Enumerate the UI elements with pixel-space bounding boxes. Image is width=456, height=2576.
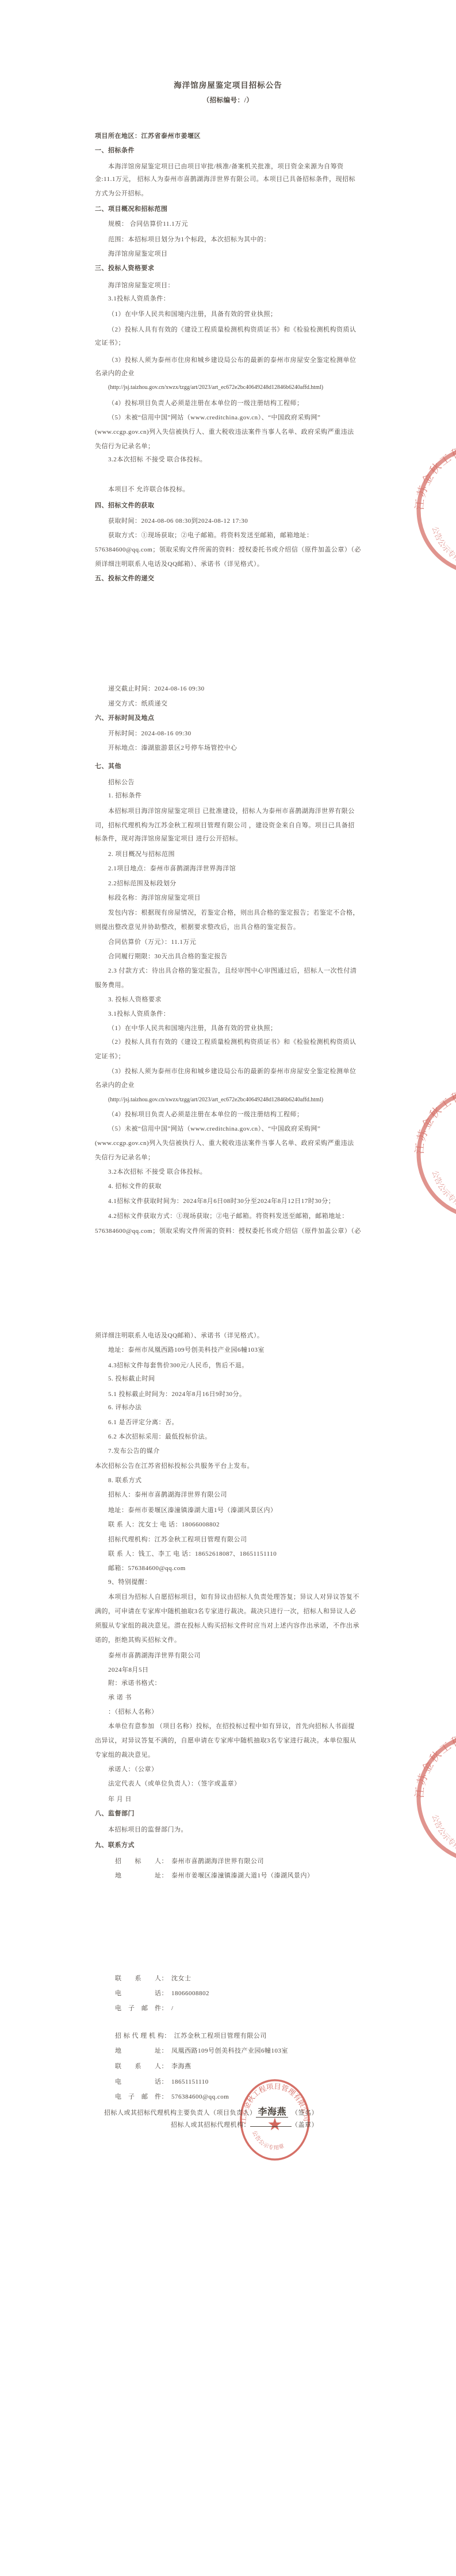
doc-line: 联 系 人： 沈女士 <box>115 1973 191 1984</box>
doc-line: 2. 项目概况与招标范围 <box>108 849 175 859</box>
doc-line: 地 址： 泰州市姜堰区溱潼镇溱湖大道1号（溱湖风景内） <box>115 1871 314 1881</box>
signature-line2-suffix: （盖章） <box>292 2122 318 2128</box>
doc-line: 8. 联系方式 <box>108 1475 142 1486</box>
doc-line: 标段名称：海洋馆房屋鉴定项目 <box>108 893 201 903</box>
doc-line: 附：承诺书格式： <box>108 1678 161 1688</box>
doc-line: 开标时间：2024-08-16 09:30 <box>108 728 191 739</box>
doc-line: （5）未被“信用中国”网站（www.creditchina.gov.cn）、“中… <box>108 412 320 423</box>
doc-line: 方式为公开招标。 <box>95 188 148 199</box>
doc-line: 地 址： 凤凰西路109号创美科技产业园6幢103室 <box>115 2046 288 2056</box>
doc-line: （4）投标项目负责人必须是注册在本单位的一级注册结构工程师； <box>108 1109 304 1120</box>
doc-line: 递交截止时间：2024-08-16 09:30 <box>108 684 205 694</box>
doc-line: 7.发布公告的媒介 <box>108 1446 160 1456</box>
doc-line: 项目所在地区：江苏省泰州市姜堰区 <box>95 131 201 141</box>
doc-line: 2.1项目地点：泰州市喜鹊湖海洋世界海洋馆 <box>108 863 236 874</box>
doc-line: 失信行为记录名单； <box>95 441 155 452</box>
doc-line: 二、项目概况和招标范围 <box>95 204 168 214</box>
doc-line: 九、联系方式 <box>95 1840 135 1850</box>
agency-edge-seal-icon: 江苏金秋工程项目管理有限公司 公告公示专用章 ★ <box>413 441 456 579</box>
doc-line: 递交方式：纸质递交 <box>108 699 168 709</box>
doc-line: 5.1 投标截止时间为：2024年8月16日9时30分。 <box>108 1389 246 1399</box>
doc-line: （4）投标项目负责人必须是注册在本单位的一级注册结构工程师； <box>108 398 304 408</box>
doc-line: 定证书》； <box>95 338 125 348</box>
doc-line: 2.3 付款方式：待出具合格的鉴定报告，且经审图中心审图通过后，招标人一次性付清 <box>108 966 357 976</box>
doc-line: 招 标 代 理 机 构： 江苏金秋工程项目管理有限公司 <box>115 2031 267 2041</box>
doc-line: 合同履行期限：30天出具合格的鉴定报告 <box>108 951 228 962</box>
doc-line: 电 话： 18066008802 <box>115 1988 209 1999</box>
doc-line: 七、其他 <box>95 761 121 772</box>
doc-line: 出异议，对异议答复不满的，自愿申请在专家库中随机抽取3名专家进行裁决。本单位服从 <box>95 1736 357 1746</box>
signature-line-agency-seal: 招标人或其招标代理机构：（盖章） <box>171 2120 318 2129</box>
agency-edge-seal-icon: 江苏金秋工程项目管理有限公司 公告公示专用章 ★ <box>413 1729 456 1867</box>
doc-line: 招标公告 <box>108 777 135 788</box>
doc-line: 获取方式：①现场获取；②电子邮箱。将资料发送至邮箱，邮箱地址： <box>108 530 313 541</box>
doc-line: 名录内的企业 <box>95 1080 135 1090</box>
svg-text:江苏金秋工程项目管理有限公司: 江苏金秋工程项目管理有限公司 <box>413 1730 456 1798</box>
doc-line: 6.2 本次招标采用：最低投标价法。 <box>108 1432 212 1442</box>
doc-line: 576384600@qq.com；领取采购文件所需的资料：授权委托书或介绍信（原… <box>95 545 361 555</box>
document-page-4: 联 系 人： 沈女士电 话： 18066008802电 子 邮 件： /招 标 … <box>0 1932 456 2576</box>
doc-line: 五、投标文件的递交 <box>95 573 155 584</box>
doc-line: 2024年8月5日 <box>108 1665 149 1675</box>
doc-line: 2.2招标范围及标段划分 <box>108 878 177 889</box>
agency-edge-seal-icon: 江苏金秋工程项目管理有限公司 公告公示专用章 ★ <box>413 1085 456 1223</box>
doc-line: 招 标 人： 泰州市喜鹊湖海洋世界有限公司 <box>115 1856 264 1867</box>
doc-line: 6.1 是否评定分离：否。 <box>108 1417 178 1428</box>
doc-line: 3.2本次招标 不接受 联合体投标。 <box>108 1167 206 1177</box>
doc-line: 联 系 人： 李海燕 <box>115 2061 191 2072</box>
doc-line: 电 子 邮 件： 576384600@qq.com <box>115 2092 229 2102</box>
doc-line: 法定代表人（或单位负责人）：（签字或盖章） <box>108 1779 241 1789</box>
doc-line: 本次招标公告在江苏省招标投标公共服务平台上发布。 <box>95 1461 254 1471</box>
doc-title: 海洋馆房屋鉴定项目招标公告 <box>0 80 456 91</box>
doc-line: 承 诺 书 <box>108 1692 132 1703</box>
doc-line: 本项目不 允许联合体投标。 <box>108 484 189 495</box>
doc-line: 八、监督部门 <box>95 1808 135 1819</box>
doc-line: 电 子 邮 件： / <box>115 2003 174 2014</box>
doc-line: 司，招标代理机构为江苏金秋工程项目管理有限公司 ，建设资金来自自筹。项目已具备招 <box>95 820 355 831</box>
doc-line: 范围：本招标项目划分为1个标段，本次招标为其中的： <box>108 234 270 245</box>
edge-seal-company-text: 江苏金秋工程项目管理有限公司 <box>413 1730 456 1798</box>
doc-line: （2）投标人具有有效的《建设工程质量检测机构资质证书》和《检验检测机构资质认 <box>108 325 357 335</box>
doc-line: (http://jsj.taizhou.gov.cn/xwzx/tzgg/art… <box>108 1095 323 1105</box>
doc-line: 获取时间：2024-08-06 08:30到2024-08-12 17:30 <box>108 516 248 526</box>
doc-line: 3.1投标人资质条件： <box>108 1009 170 1019</box>
doc-line: （5）未被“信用中国”网站（www.creditchina.gov.cn）、“中… <box>108 1124 320 1134</box>
document: 海洋馆房屋鉴定项目招标公告（招标编号：/）项目所在地区：江苏省泰州市姜堰区一、招… <box>0 0 456 2576</box>
page-2-lines: 递交截止时间：2024-08-16 09:30递交方式：纸质递交六、开标时间及地… <box>0 644 456 1288</box>
doc-line: 发包内容：根据现有房屋情况，若鉴定合格，则出具合格的鉴定报告；若鉴定不合格， <box>108 908 359 918</box>
doc-line: 本单位有意参加 （项目名称）投标，在招投标过程中如有异议，首先向招标人书面提 <box>108 1721 355 1732</box>
doc-line: 联 系 人：钱工、李工 电 话：18652618087、18651151110 <box>108 1549 277 1559</box>
doc-line: 本海洋馆房屋鉴定项目已由项目审批/核准/备案机关批准，项目资金来源为自筹资 <box>108 161 344 172</box>
edge-seal-star-icon: ★ <box>454 1120 456 1190</box>
document-page-3: 须详细注明联系人电话及QQ邮箱）、承诺书（详见格式）。地址：泰州市凤凰西路109… <box>0 1288 456 1932</box>
signature-line1-label: 招标人或其招标代理机构主要负责人（项目负责人） <box>104 2110 256 2116</box>
seal-underline <box>250 2120 292 2127</box>
doc-line: 一、招标条件 <box>95 145 135 156</box>
signature-name: 李海燕 <box>256 2107 288 2118</box>
doc-line: 本招标项目海洋馆房屋鉴定项目 已批准建设，招标人为泰州市喜鹊湖海洋世界有限公 <box>108 806 355 816</box>
doc-line: 招标人：泰州市喜鹊湖海洋世界有限公司 <box>108 1490 227 1500</box>
doc-line: 须服从专家组的裁决意见。潜在投标人购买招标文件时应当对上述内容作出承诺，不作出承 <box>95 1621 359 1631</box>
doc-subtitle: （招标编号：/） <box>0 95 456 106</box>
page-1-lines: 海洋馆房屋鉴定项目招标公告（招标编号：/）项目所在地区：江苏省泰州市姜堰区一、招… <box>0 0 456 644</box>
doc-line: 4.1招标文件获取时间为：2024年8月6日08时30分至2024年8月12日1… <box>108 1196 335 1206</box>
doc-line: 576384600@qq.com；领取采购文件所需的资料：授权委托书或介绍信（原… <box>95 1226 361 1236</box>
doc-line: 邮箱：576384600@qq.com <box>108 1563 186 1574</box>
doc-line: 本招标项目的监督部门为。 <box>108 1825 187 1835</box>
doc-line: 合同估算价（万元）：11.1万元 <box>108 937 196 947</box>
doc-line: 1. 招标条件 <box>108 790 142 801</box>
document-page-1: 海洋馆房屋鉴定项目招标公告（招标编号：/）项目所在地区：江苏省泰州市姜堰区一、招… <box>0 0 456 644</box>
doc-line: 标条件，现对海洋馆房屋鉴定项目 进行公开招标。 <box>95 834 242 844</box>
doc-line: 服务费用。 <box>95 980 128 990</box>
doc-line: 名录内的企业 <box>95 368 135 379</box>
signature-line1-suffix: （签名） <box>288 2110 318 2116</box>
signature-line2-label: 招标人或其招标代理机构： <box>171 2122 250 2128</box>
doc-line: 海洋馆房屋鉴定项目： <box>108 280 174 291</box>
doc-line: 5. 投标截止时间 <box>108 1374 155 1384</box>
doc-line: 金:11.1万元， 招标人为泰州市喜鹊湖海洋世界有限公司。本项目已具备招标条件，… <box>95 174 355 184</box>
doc-line: 9、特别提醒： <box>108 1577 151 1587</box>
doc-line: 3.2本次招标 不接受 联合体投标。 <box>108 454 206 465</box>
doc-line: 3.1投标人资质条件： <box>108 294 170 304</box>
doc-line: 地址：泰州市凤凰西路109号创美科技产业园6幢103室 <box>108 1345 265 1355</box>
doc-line: 诺的，拒绝其购买招标文件。 <box>95 1635 181 1645</box>
doc-line: 3. 投标人资格要求 <box>108 994 162 1005</box>
doc-line: 泰州市喜鹊湖海洋世界有限公司 <box>108 1651 201 1661</box>
doc-line: 失信行为记录名单； <box>95 1152 155 1163</box>
doc-line: (http://jsj.taizhou.gov.cn/xwzx/tzgg/art… <box>108 383 323 393</box>
doc-line: 规模： 合同估算价11.1万元 <box>108 219 188 229</box>
doc-line: 4. 招标文件的获取 <box>108 1181 162 1191</box>
svg-text:江苏金秋工程项目管理有限公司: 江苏金秋工程项目管理有限公司 <box>413 1086 456 1154</box>
doc-line: 4.3招标文件每套售价300元/人民币，售后不退。 <box>108 1360 248 1371</box>
doc-line: 电 话： 18651151110 <box>115 2077 209 2087</box>
signature-line-responsible-person: 招标人或其招标代理机构主要负责人（项目负责人）李海燕 （签名） <box>104 2104 318 2118</box>
edge-seal-star-icon: ★ <box>454 1764 456 1834</box>
doc-line: (www.ccgp.gov.cn)列入失信被执行人、重大税收违法案件当事人名单、… <box>95 1138 354 1148</box>
doc-line: 招标代理机构：江苏金秋工程项目管理有限公司 <box>108 1534 247 1545</box>
svg-text:江苏金秋工程项目管理有限公司: 江苏金秋工程项目管理有限公司 <box>413 442 456 510</box>
doc-line: （3）投标人须为泰州市住房和城乡建设局公布的最新的泰州市房屋安全鉴定检测单位 <box>108 355 357 365</box>
doc-line: 开标地点：溱湖旅游景区2号停车场管控中心 <box>108 743 237 753</box>
edge-seal-star-icon: ★ <box>454 476 456 546</box>
edge-seal-company-text: 江苏金秋工程项目管理有限公司 <box>413 442 456 510</box>
doc-line: 六、开标时间及地点 <box>95 713 155 723</box>
doc-line: 承诺人：（公章） <box>108 1764 158 1775</box>
edge-seal-company-text: 江苏金秋工程项目管理有限公司 <box>413 1086 456 1154</box>
doc-line: 海洋馆房屋鉴定项目 <box>108 249 168 259</box>
doc-line: （3）投标人须为泰州市住房和城乡建设局公布的最新的泰州市房屋安全鉴定检测单位 <box>108 1066 357 1077</box>
doc-line: 专家组的裁决意见。 <box>95 1750 155 1760</box>
doc-line: 本项目为招标人自愿招标项目，如有异议由招标人负责处理答复；异议人对异议答复不 <box>108 1592 359 1602</box>
doc-line: 四、招标文件的获取 <box>95 500 155 511</box>
page-3-lines: 须详细注明联系人电话及QQ邮箱）、承诺书（详见格式）。地址：泰州市凤凰西路109… <box>0 1288 456 1932</box>
doc-line: 满的，可申请在专家库中随机抽取3名专家进行裁决。裁决只进行一次，招标人和异议人必 <box>95 1606 357 1617</box>
doc-line: （2）投标人具有有效的《建设工程质量检测机构资质证书》和《检验检测机构资质认 <box>108 1037 357 1047</box>
doc-line: 须详细注明联系人电话及QQ邮箱）、承诺书（详见格式）。 <box>95 1331 263 1341</box>
document-page-2: 递交截止时间：2024-08-16 09:30递交方式：纸质递交六、开标时间及地… <box>0 644 456 1288</box>
doc-line: （1）在中华人民共和国境内注册，具备有效的营业执照； <box>108 1023 277 1034</box>
doc-line: (www.ccgp.gov.cn)列入失信被执行人、重大税收违法案件当事人名单、… <box>95 427 354 437</box>
doc-line: 年 月 日 <box>108 1794 132 1804</box>
doc-line: 6. 评标办法 <box>108 1402 142 1413</box>
doc-line: 地址：泰州市姜堰区溱潼镇溱湖大道1号（溱湖风景区内） <box>108 1505 277 1515</box>
doc-line: 三、投标人资格要求 <box>95 263 155 273</box>
doc-line: 联 系 人：沈女士 电 话：18066008802 <box>108 1520 220 1530</box>
doc-line: ：（招标人名称） <box>108 1707 158 1717</box>
page-4-lines: 联 系 人： 沈女士电 话： 18066008802电 子 邮 件： /招 标 … <box>0 1932 456 2576</box>
doc-line: 则提出整改意见并协助整改，根据要求整改后，出具合格的鉴定报告。 <box>95 922 300 932</box>
doc-line: （1）在中华人民共和国境内注册，具备有效的营业执照； <box>108 309 277 319</box>
doc-line: 定证书》； <box>95 1051 125 1062</box>
doc-line: 4.2招标文件获取方式：①现场获取；②电子邮箱。将资料发送至邮箱，邮箱地址： <box>108 1211 348 1221</box>
doc-line: 须详细注明联系人电话及QQ邮箱）、承诺书（详见格式）。 <box>95 559 263 569</box>
